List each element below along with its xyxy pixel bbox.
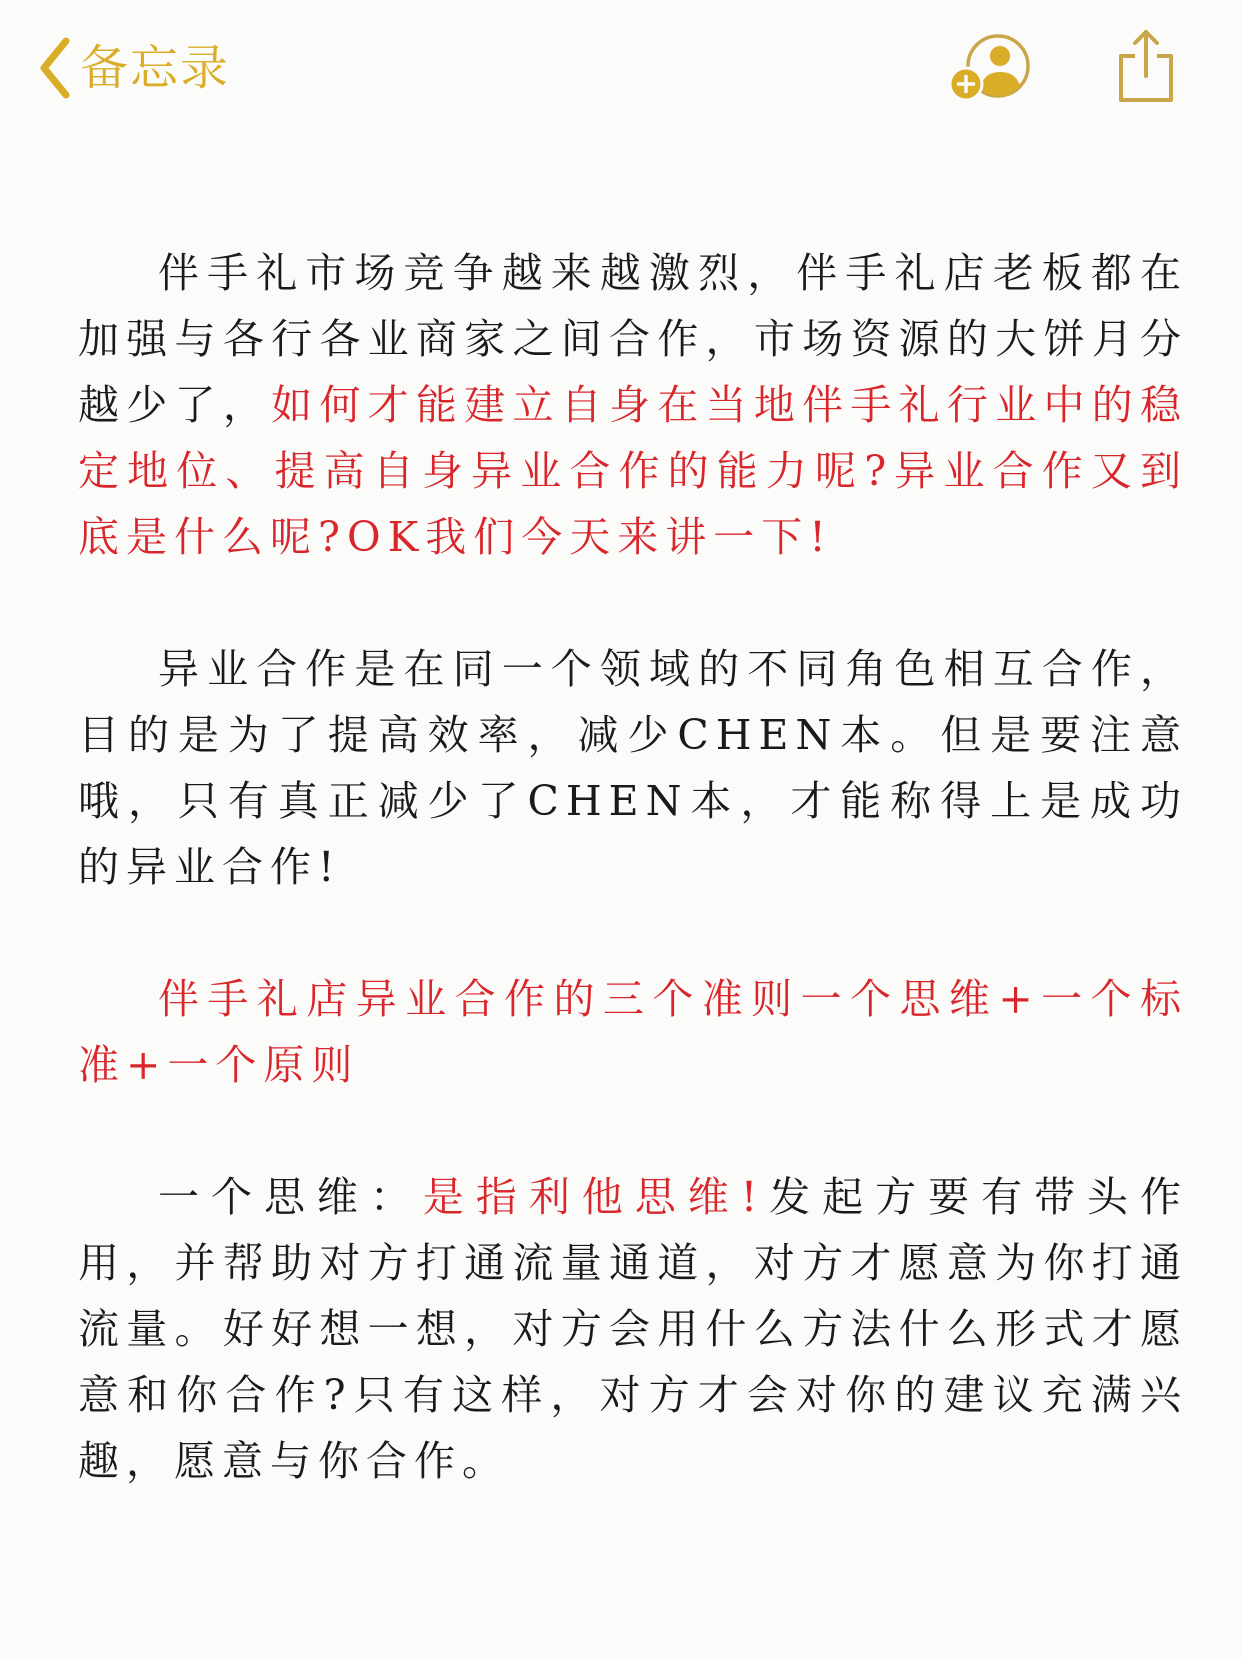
paragraph-intro: 伴手礼市场竞争越来越激烈，伴手礼店老板都在加强与各行各业商家之间合作，市场资源的… (78, 240, 1188, 570)
add-person-icon (948, 91, 1030, 110)
note-body[interactable]: 伴手礼市场竞争越来越激烈，伴手礼店老板都在加强与各行各业商家之间合作，市场资源的… (78, 240, 1188, 1494)
paragraph-heading-principles: 伴手礼店异业合作的三个准则一个思维+一个标准+一个原则 (78, 966, 1188, 1098)
back-label: 备忘录 (80, 36, 230, 100)
paragraph-mindset: 一个思维：是指利他思维!发起方要有带头作用，并帮助对方打通流量通道，对方才愿意为… (78, 1164, 1188, 1494)
add-person-button[interactable] (948, 30, 1030, 106)
chevron-left-icon (38, 37, 72, 99)
highlighted-text-segment: 是指利他思维! (423, 1173, 764, 1221)
share-button[interactable] (1115, 28, 1177, 106)
share-icon (1115, 91, 1177, 110)
navigation-bar: 备忘录 (0, 0, 1242, 150)
highlighted-text-segment: 伴手礼店异业合作的三个准则一个思维+一个标准+一个原则 (78, 975, 1188, 1089)
back-button[interactable]: 备忘录 (38, 36, 230, 100)
text-segment: 一个思维： (158, 1173, 423, 1221)
text-segment: 异业合作是在同一个领域的不同角色相互合作，目的是为了提高效率，减少CHEN本。但… (78, 645, 1188, 891)
paragraph-definition: 异业合作是在同一个领域的不同角色相互合作，目的是为了提高效率，减少CHEN本。但… (78, 636, 1188, 900)
